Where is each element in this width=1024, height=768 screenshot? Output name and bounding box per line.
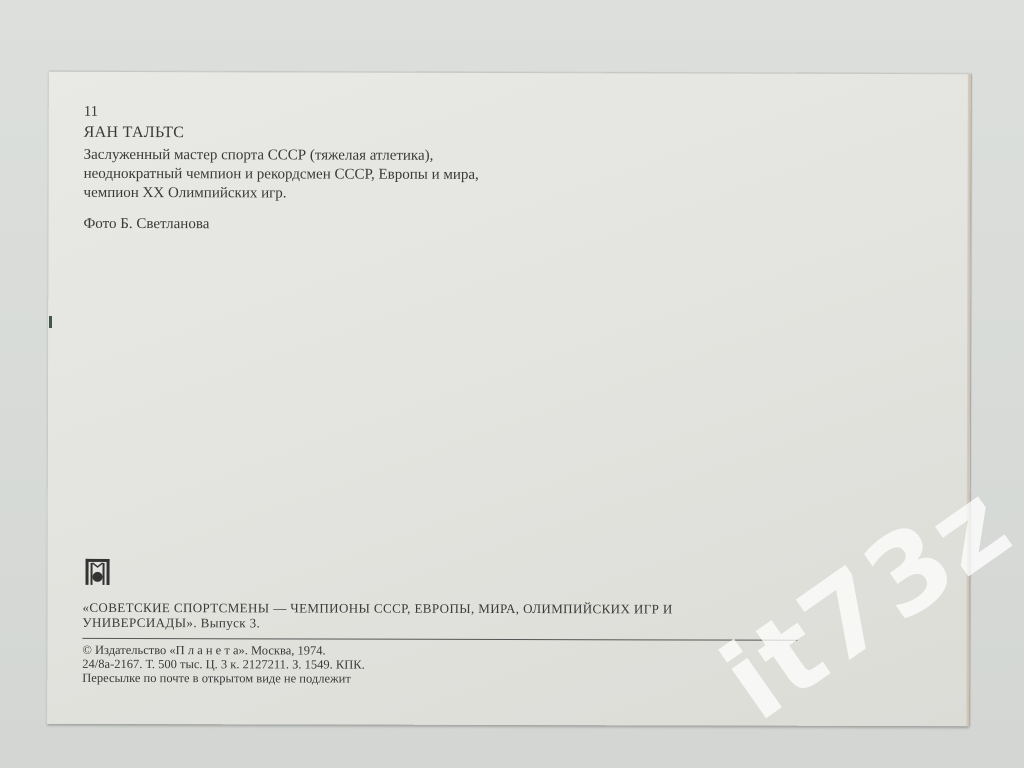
athlete-description: Заслуженный мастер спорта СССР (тяжелая …	[84, 146, 479, 204]
series-line: УНИВЕРСИАДЫ». Выпуск 3.	[82, 615, 672, 632]
description-line: чемпион XX Олимпийских игр.	[84, 184, 479, 204]
publisher-imprint: © Издательство «П л а н е т а». Москва, …	[82, 643, 365, 686]
imprint-line: Пересылке по почте в открытом виде не по…	[82, 671, 364, 686]
imprint-line: 24/8а-2167. Т. 500 тыс. Ц. 3 к. 2127211.…	[82, 657, 364, 672]
athlete-name: ЯАН ТАЛЬТС	[84, 124, 185, 142]
series-title: «СОВЕТСКИЕ СПОРТСМЕНЫ — ЧЕМПИОНЫ СССР, Е…	[82, 600, 672, 632]
description-line: Заслуженный мастер спорта СССР (тяжелая …	[84, 146, 479, 166]
divider	[82, 638, 797, 641]
planeta-logo-icon	[85, 558, 111, 586]
description-line: неоднократный чемпион и рекордсмен СССР,…	[84, 165, 479, 185]
series-line: «СОВЕТСКИЕ СПОРТСМЕНЫ — ЧЕМПИОНЫ СССР, Е…	[82, 600, 672, 617]
imprint-line: © Издательство «П л а н е т а». Москва, …	[82, 643, 364, 658]
photo-credit: Фото Б. Светланова	[83, 216, 209, 233]
card-number: 11	[84, 104, 98, 121]
card-edge	[966, 74, 971, 726]
edge-mark	[49, 316, 52, 328]
